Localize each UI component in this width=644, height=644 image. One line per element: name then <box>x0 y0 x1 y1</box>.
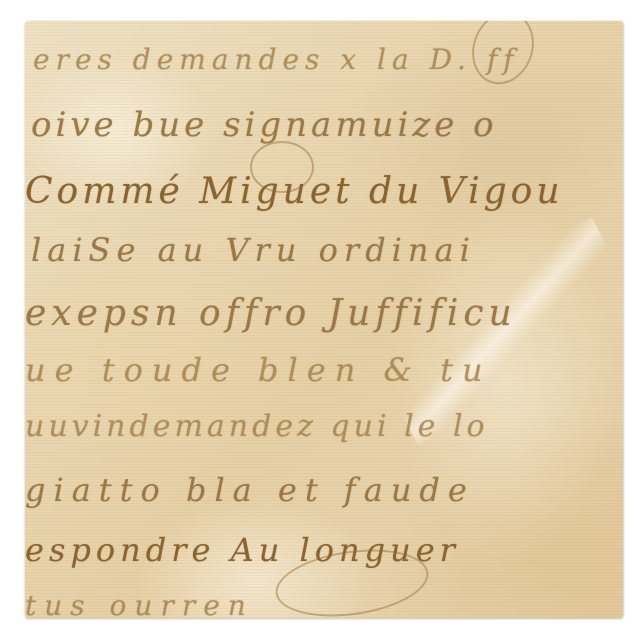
handwriting-tile: eres demandes x la D. ff oive bue signam… <box>25 21 623 618</box>
script-line-5: exepsn offro Juffificu <box>25 293 517 334</box>
script-line-2: oive bue signamuize o <box>31 105 498 145</box>
script-line-1: eres demandes x la D. ff <box>33 43 520 76</box>
script-line-8: giatto bla et faude <box>25 471 475 509</box>
script-line-10: tus ourren <box>25 589 254 618</box>
script-line-3: Commé Miguet du Vigou <box>25 171 564 212</box>
script-line-9: espondre Au longuer <box>25 531 460 569</box>
script-line-4: laiSe au Vru ordinai <box>31 231 476 269</box>
image-canvas: eres demandes x la D. ff oive bue signam… <box>0 0 644 644</box>
script-line-7: uuvindemandez qui le lo <box>25 409 489 444</box>
script-line-6: ue toude blen & tu <box>25 351 492 389</box>
